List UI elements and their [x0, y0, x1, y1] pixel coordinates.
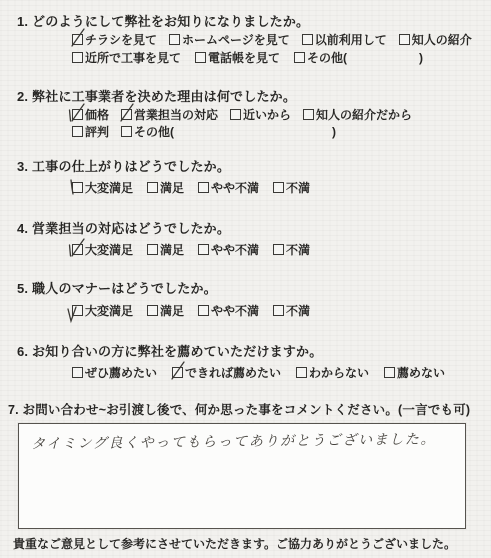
question-title: 5. 職人のマナーはどうでしたか。 — [17, 278, 217, 297]
option: その他() — [121, 123, 336, 140]
close-paren: ) — [419, 51, 423, 65]
close-paren: ) — [332, 125, 336, 139]
option-label: ホームページを見て — [182, 31, 290, 48]
blank-answer-space — [174, 131, 332, 132]
checkbox-checked[interactable] — [172, 367, 183, 378]
checkbox-checked[interactable] — [72, 182, 83, 193]
option: 近いから — [230, 106, 291, 123]
checkbox[interactable] — [121, 126, 132, 137]
option-label: 不満 — [286, 179, 310, 196]
option-label: わからない — [309, 364, 369, 381]
option: 知人の紹介 — [399, 31, 472, 48]
checkbox[interactable] — [294, 52, 305, 63]
checkbox[interactable] — [198, 244, 209, 255]
checkbox[interactable] — [302, 34, 313, 45]
option-label: 近所で工事を見て — [85, 49, 181, 66]
option-row: 大変満足満足やや不満不満 — [72, 302, 310, 319]
option: 満足 — [147, 302, 184, 319]
option-label: やや不満 — [211, 302, 259, 319]
option-row: 価格営業担当の対応近いから知人の紹介だから — [72, 106, 412, 123]
option-label: できれば薦めたい — [185, 364, 281, 381]
checkbox[interactable] — [273, 182, 284, 193]
option: 大変満足 — [72, 179, 133, 196]
checkbox-checked[interactable] — [72, 109, 83, 120]
question-title: 4. 営業担当の対応はどうでしたか。 — [17, 218, 230, 237]
checkbox[interactable] — [72, 52, 83, 63]
option-label: 評判 — [85, 123, 109, 140]
option-label: チラシを見て — [85, 31, 157, 48]
option: 不満 — [273, 241, 310, 258]
option-row: 大変満足満足やや不満不満 — [72, 241, 310, 258]
option: 不満 — [273, 302, 310, 319]
checkbox-checked[interactable] — [72, 244, 83, 255]
option-row: 評判その他() — [72, 123, 336, 140]
handwritten-comment: タイミング良くやってもらってありがとうございました。 — [31, 429, 436, 454]
checkbox[interactable] — [169, 34, 180, 45]
option: 営業担当の対応 — [121, 106, 218, 123]
option: 大変満足 — [72, 241, 133, 258]
checkbox[interactable] — [147, 244, 158, 255]
option-row: チラシを見てホームページを見て以前利用して知人の紹介 — [72, 31, 472, 48]
checkbox[interactable] — [72, 367, 83, 378]
option: やや不満 — [198, 179, 259, 196]
option-label: 営業担当の対応 — [134, 106, 218, 123]
checkbox[interactable] — [198, 305, 209, 316]
option-label: 価格 — [85, 106, 109, 123]
checkbox[interactable] — [230, 109, 241, 120]
option-label: やや不満 — [211, 241, 259, 258]
option-label: ぜひ薦めたい — [85, 364, 157, 381]
checkbox[interactable] — [195, 52, 206, 63]
option-row: 近所で工事を見て電話帳を見てその他() — [72, 49, 423, 66]
option: 満足 — [147, 179, 184, 196]
option-row: ぜひ薦めたいできれば薦めたいわからない薦めない — [72, 364, 445, 381]
option-label: 満足 — [160, 179, 184, 196]
checkbox[interactable] — [296, 367, 307, 378]
checkbox-checked[interactable] — [72, 34, 83, 45]
comment-box[interactable]: タイミング良くやってもらってありがとうございました。 — [18, 423, 466, 529]
option-label: 満足 — [160, 302, 184, 319]
option-label: やや不満 — [211, 179, 259, 196]
option-row: 大変満足満足やや不満不満 — [72, 179, 310, 196]
option: 知人の紹介だから — [303, 106, 412, 123]
option: 価格 — [72, 106, 109, 123]
option-label: 薦めない — [397, 364, 445, 381]
option-label: 大変満足 — [85, 179, 133, 196]
question-title: 7. お問い合わせ~お引渡し後で、何か思った事をコメントください。(一言でも可) — [8, 400, 470, 418]
question-title: 3. 工事の仕上がりはどうでしたか。 — [17, 156, 230, 175]
option-label: 大変満足 — [85, 302, 133, 319]
checkbox-checked[interactable] — [72, 305, 83, 316]
checkbox[interactable] — [303, 109, 314, 120]
option-label: 不満 — [286, 302, 310, 319]
checkbox[interactable] — [147, 182, 158, 193]
option-label: 不満 — [286, 241, 310, 258]
option-label: 満足 — [160, 241, 184, 258]
option: チラシを見て — [72, 31, 157, 48]
option: その他() — [294, 49, 423, 66]
option: 大変満足 — [72, 302, 133, 319]
option: 不満 — [273, 179, 310, 196]
checkbox[interactable] — [384, 367, 395, 378]
question-title: 2. 弊社に工事業者を決めた理由は何でしたか。 — [17, 86, 296, 105]
checkbox[interactable] — [198, 182, 209, 193]
option: やや不満 — [198, 302, 259, 319]
option-label: 大変満足 — [85, 241, 133, 258]
option: できれば薦めたい — [172, 364, 281, 381]
option: 以前利用して — [302, 31, 387, 48]
option-label: 近いから — [243, 106, 291, 123]
option: 近所で工事を見て — [72, 49, 181, 66]
checkbox[interactable] — [273, 244, 284, 255]
option-label: 電話帳を見て — [208, 49, 280, 66]
option: ホームページを見て — [169, 31, 290, 48]
checkbox[interactable] — [72, 126, 83, 137]
checkbox[interactable] — [399, 34, 410, 45]
option: 評判 — [72, 123, 109, 140]
option: 電話帳を見て — [195, 49, 280, 66]
option: ぜひ薦めたい — [72, 364, 157, 381]
option: 薦めない — [384, 364, 445, 381]
option-label: その他( — [134, 123, 174, 140]
option-label: 知人の紹介だから — [316, 106, 412, 123]
option: やや不満 — [198, 241, 259, 258]
footer-note: 貴重なご意見として参考にさせていただきます。ご協力ありがとうございました。 — [13, 535, 456, 552]
option: わからない — [296, 364, 369, 381]
option-label: その他( — [307, 49, 347, 66]
option-label: 知人の紹介 — [412, 31, 472, 48]
blank-answer-space — [347, 57, 419, 58]
checkbox[interactable] — [147, 305, 158, 316]
question-title: 6. お知り合いの方に弊社を薦めていただけますか。 — [17, 341, 322, 360]
question-title: 1. どのようにして弊社をお知りになりましたか。 — [17, 11, 309, 30]
checkbox[interactable] — [273, 305, 284, 316]
checkbox-checked[interactable] — [121, 109, 132, 120]
questionnaire-page: 1. どのようにして弊社をお知りになりましたか。チラシを見てホームページを見て以… — [0, 0, 491, 558]
option: 満足 — [147, 241, 184, 258]
option-label: 以前利用して — [315, 31, 387, 48]
